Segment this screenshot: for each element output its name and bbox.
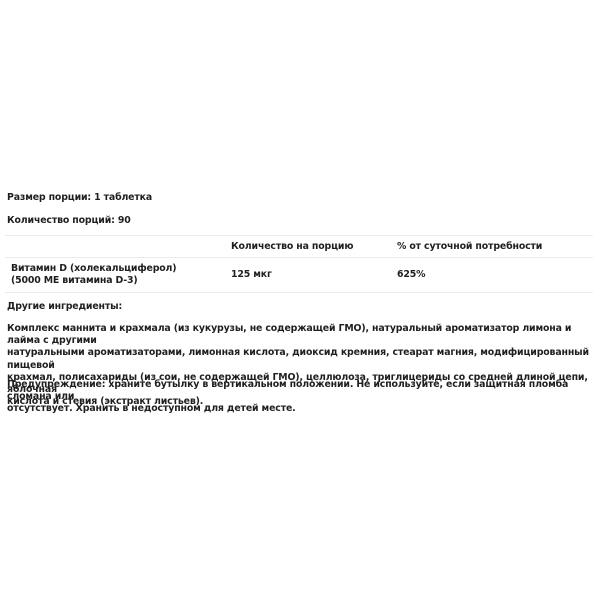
nutrient-amount: 125 мкг	[231, 269, 272, 280]
ingredients-line: натуральными ароматизаторами, лимонная к…	[7, 347, 597, 371]
ingredients-line: Комплекс маннита и крахмала (из кукурузы…	[7, 323, 597, 347]
table-bottom-divider	[5, 292, 593, 293]
column-header-amount: Количество на порцию	[231, 241, 353, 252]
servings-count: Количество порций: 90	[7, 215, 131, 226]
table-header-divider	[5, 257, 593, 258]
warning-text: Предупреждение: храните бутылку в вертик…	[7, 379, 597, 416]
serving-size: Размер порции: 1 таблетка	[7, 192, 152, 203]
warning-line: Предупреждение: храните бутылку в вертик…	[7, 379, 597, 403]
nutrient-name-line1: Витамин D (холекальциферол)	[11, 263, 176, 274]
warning-line: отсутствует. Хранить в недоступном для д…	[7, 403, 597, 415]
column-header-daily-value: % от суточной потребности	[397, 241, 542, 252]
table-top-divider	[5, 235, 593, 236]
other-ingredients-heading: Другие ингредиенты:	[7, 301, 122, 312]
nutrient-daily-value: 625%	[397, 269, 425, 280]
nutrient-name-line2: (5000 МЕ витамина D-3)	[11, 275, 138, 286]
